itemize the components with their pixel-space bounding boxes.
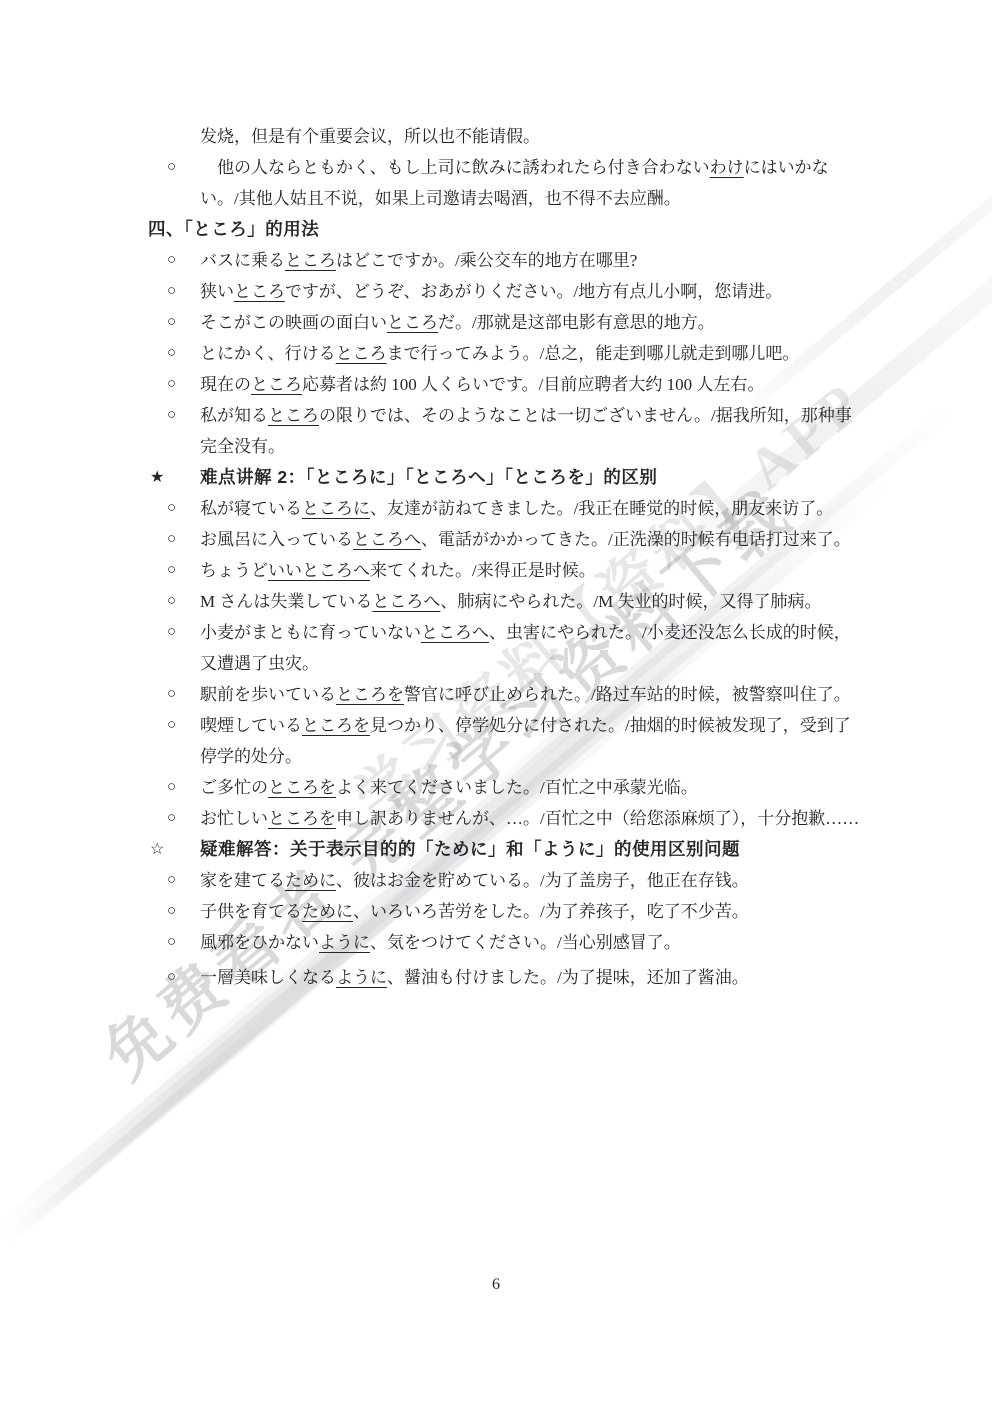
list-item: ○小麦がまともに育っていないところへ、虫害にやられた。/小麦还没怎么长成的时候，…: [148, 617, 860, 679]
sentence-text: 子供を育てるために、いろいろ苦労をした。/为了养孩子，吃了不少苦。: [200, 896, 860, 927]
circle-bullet-icon: ○: [148, 152, 200, 214]
circle-bullet-icon: ○: [148, 865, 200, 896]
sentence-text: 現在のところ応募者は約 100 人くらいです。/目前应聘者大约 100 人左右。: [200, 369, 860, 400]
underlined-grammar-point: ように: [319, 933, 370, 952]
text-segment: 一層美味しくなる: [200, 968, 336, 987]
text-segment: バスに乗る: [200, 251, 285, 270]
circle-bullet-icon: ○: [148, 772, 200, 803]
text-segment: はどこですか。/乘公交车的地方在哪里?: [336, 251, 637, 270]
text-segment: 風邪をひかない: [200, 933, 319, 952]
text-segment: ですが、どうぞ、おあがりください。/地方有点儿小啊，您请进。: [285, 282, 782, 301]
page-number: 6: [0, 1276, 992, 1294]
underlined-grammar-point: ために: [285, 871, 336, 890]
text-segment: 、電話がかかってきた。/正洗澡的时候有电话打过来了。: [421, 530, 851, 549]
list-item: ○お忙しいところを申し訳ありませんが、…。/百忙之中（给您添麻烦了），十分抱歉……: [148, 803, 860, 834]
marker-spacer: [148, 121, 200, 152]
sentence-text: 駅前を歩いているところを警官に呼び止められた。/路过车站的时候，被警察叫住了。: [200, 679, 860, 710]
sentence-text: 发烧，但是有个重要会议，所以也不能请假。: [200, 121, 860, 152]
circle-bullet-icon: ○: [148, 710, 200, 772]
subsection-title: 难点讲解 2：「ところに」「ところへ」「ところを」的区别: [200, 462, 860, 493]
underlined-grammar-point: ところ: [387, 313, 438, 332]
underlined-grammar-point: ところを: [336, 685, 404, 704]
text-segment: 、彼はお金を貯めている。/为了盖房子，他正在存钱。: [336, 871, 749, 890]
circle-bullet-icon: ○: [148, 369, 200, 400]
text-segment: 私が寝ている: [200, 499, 302, 518]
underlined-grammar-point: ところへ: [372, 592, 440, 611]
underlined-grammar-point: ところ: [251, 375, 302, 394]
underlined-grammar-point: ところを: [268, 778, 336, 797]
underlined-grammar-point: ところ: [336, 344, 387, 363]
section-heading: 四、「ところ」的用法: [148, 214, 860, 245]
sentence-text: とにかく、行けるところまで行ってみよう。/总之，能走到哪儿就走到哪儿吧。: [200, 338, 860, 369]
list-item: ○喫煙しているところを見つかり、停学処分に付された。/抽烟的时候被发现了，受到了…: [148, 710, 860, 772]
circle-bullet-icon: ○: [148, 276, 200, 307]
underlined-grammar-point: ところへ: [421, 623, 489, 642]
text-segment: 応募者は約 100 人くらいです。/目前应聘者大约 100 人左右。: [302, 375, 764, 394]
circle-bullet-icon: ○: [148, 245, 200, 276]
list-item: ○ちょうどいいところへ来てくれた。/来得正是时候。: [148, 555, 860, 586]
sentence-text: 家を建てるために、彼はお金を貯めている。/为了盖房子，他正在存钱。: [200, 865, 860, 896]
list-item: ○家を建てるために、彼はお金を貯めている。/为了盖房子，他正在存钱。: [148, 865, 860, 896]
circle-bullet-icon: ○: [148, 400, 200, 462]
underlined-grammar-point: ところを: [268, 809, 336, 828]
underlined-grammar-point: ところ: [285, 251, 336, 270]
text-segment: 私が知る: [200, 406, 268, 425]
list-item: ○私が寝ているところに、友達が訪ねてきました。/我正在睡觉的时候，朋友来访了。: [148, 493, 860, 524]
list-item: ○駅前を歩いているところを警官に呼び止められた。/路过车站的时候，被警察叫住了。: [148, 679, 860, 710]
text-segment: お風呂に入っている: [200, 530, 353, 549]
list-item: ○とにかく、行けるところまで行ってみよう。/总之，能走到哪儿就走到哪儿吧。: [148, 338, 860, 369]
list-item: ○お風呂に入っているところへ、電話がかかってきた。/正洗澡的时候有电话打过来了。: [148, 524, 860, 555]
text-segment: よく来てくださいました。/百忙之中承蒙光临。: [336, 778, 698, 797]
text-segment: 現在の: [200, 375, 251, 394]
underlined-grammar-point: わけ: [710, 158, 744, 177]
star-icon: ☆: [148, 834, 200, 865]
subsection-heading: ☆疑难解答：关于表示目的的「ために」和「ように」的使用区别问题: [148, 834, 860, 865]
underlined-grammar-point: ところに: [302, 499, 370, 518]
text-segment: 难点讲解 2：「ところに」「ところへ」「ところを」的区别: [200, 467, 657, 487]
text-segment: 駅前を歩いている: [200, 685, 336, 704]
text-segment: 、醤油も付けました。/为了提味，还加了酱油。: [387, 968, 749, 987]
text-segment: だ。/那就是这部电影有意思的地方。: [438, 313, 715, 332]
sentence-text: お風呂に入っているところへ、電話がかかってきた。/正洗澡的时候有电话打过来了。: [200, 524, 860, 555]
list-item: ○風邪をひかないように、気をつけてください。/当心别感冒了。: [148, 927, 860, 958]
circle-bullet-icon: ○: [148, 338, 200, 369]
circle-bullet-icon: ○: [148, 927, 200, 958]
sentence-text: M さんは失業しているところへ、肺病にやられた。/M 失业的时候，又得了肺病。: [200, 586, 860, 617]
sentence-text: バスに乗るところはどこですか。/乘公交车的地方在哪里?: [200, 245, 860, 276]
circle-bullet-icon: ○: [148, 586, 200, 617]
underlined-grammar-point: ように: [336, 968, 387, 987]
list-item: ○子供を育てるために、いろいろ苦労をした。/为了养孩子，吃了不少苦。: [148, 896, 860, 927]
circle-bullet-icon: ○: [148, 617, 200, 679]
sentence-text: ご多忙のところをよく来てくださいました。/百忙之中承蒙光临。: [200, 772, 860, 803]
circle-bullet-icon: ○: [148, 803, 200, 834]
list-item: ○M さんは失業しているところへ、肺病にやられた。/M 失业的时候，又得了肺病。: [148, 586, 860, 617]
list-item: ○私が知るところの限りでは、そのようなことは一切ございません。/据我所知，那种事…: [148, 400, 860, 462]
underlined-grammar-point: ところ: [234, 282, 285, 301]
circle-bullet-icon: ○: [148, 524, 200, 555]
text-segment: そこがこの映画の面白い: [200, 313, 387, 332]
document-page: 免费看者 完整学习资料下载 学习资料【资料】APP 发烧，但是有个重要会议，所以…: [0, 0, 992, 1403]
text-segment: 喫煙している: [200, 716, 302, 735]
sentence-text: 私が知るところの限りでは、そのようなことは一切ございません。/据我所知，那种事完…: [200, 400, 860, 462]
text-segment: 发烧，但是有个重要会议，所以也不能请假。: [200, 127, 540, 146]
text-segment: M さんは失業している: [200, 592, 372, 611]
subsection-heading: ★难点讲解 2：「ところに」「ところへ」「ところを」的区别: [148, 462, 860, 493]
text-segment: 他の人ならともかく、もし上司に飲みに誘われたら付き合わない: [217, 158, 710, 177]
list-item: ○現在のところ応募者は約 100 人くらいです。/目前应聘者大约 100 人左右…: [148, 369, 860, 400]
circle-bullet-icon: ○: [148, 493, 200, 524]
list-item: ○一層美味しくなるように、醤油も付けました。/为了提味，还加了酱油。: [148, 962, 860, 993]
text-segment: とにかく、行ける: [200, 344, 336, 363]
sentence-text: 小麦がまともに育っていないところへ、虫害にやられた。/小麦还没怎么长成的时候，又…: [200, 617, 860, 679]
circle-bullet-icon: ○: [148, 555, 200, 586]
circle-bullet-icon: ○: [148, 896, 200, 927]
sentence-text: 一層美味しくなるように、醤油も付けました。/为了提味，还加了酱油。: [200, 962, 860, 993]
sentence-text: 風邪をひかないように、気をつけてください。/当心别感冒了。: [200, 927, 860, 958]
continuation-line: 发烧，但是有个重要会议，所以也不能请假。: [148, 121, 860, 152]
list-item: ○狭いところですが、どうぞ、おあがりください。/地方有点儿小啊，您请进。: [148, 276, 860, 307]
sentence-text: 私が寝ているところに、友達が訪ねてきました。/我正在睡觉的时候，朋友来访了。: [200, 493, 860, 524]
text-segment: 小麦がまともに育っていない: [200, 623, 421, 642]
sentence-text: ちょうどいいところへ来てくれた。/来得正是时候。: [200, 555, 860, 586]
underlined-grammar-point: ために: [302, 902, 353, 921]
text-segment: 、友達が訪ねてきました。/我正在睡觉的时候，朋友来访了。: [370, 499, 833, 518]
text-segment: お忙しい: [200, 809, 268, 828]
list-item: ○ご多忙のところをよく来てくださいました。/百忙之中承蒙光临。: [148, 772, 860, 803]
subsection-title: 疑难解答：关于表示目的的「ために」和「ように」的使用区别问题: [200, 834, 860, 865]
list-item: ○他の人ならともかく、もし上司に飲みに誘われたら付き合わないわけにはいかない。/…: [148, 152, 860, 214]
sentence-text: そこがこの映画の面白いところだ。/那就是这部电影有意思的地方。: [200, 307, 860, 338]
circle-bullet-icon: ○: [148, 307, 200, 338]
text-segment: まで行ってみよう。/总之，能走到哪儿就走到哪儿吧。: [387, 344, 800, 363]
underlined-grammar-point: ところ: [268, 406, 319, 425]
text-segment: 警官に呼び止められた。/路过车站的时候，被警察叫住了。: [404, 685, 851, 704]
underlined-grammar-point: ところへ: [353, 530, 421, 549]
page-content: 发烧，但是有个重要会议，所以也不能请假。○他の人ならともかく、もし上司に飲みに誘…: [148, 121, 860, 993]
list-item: ○バスに乗るところはどこですか。/乘公交车的地方在哪里?: [148, 245, 860, 276]
text-segment: 子供を育てる: [200, 902, 302, 921]
underlined-grammar-point: ところを: [302, 716, 370, 735]
brush-streak: [9, 1000, 291, 1239]
section-heading-text: 四、「ところ」的用法: [148, 219, 319, 239]
sentence-text: 喫煙しているところを見つかり、停学処分に付された。/抽烟的时候被发现了，受到了停…: [200, 710, 860, 772]
text-segment: 狭い: [200, 282, 234, 301]
underlined-grammar-point: いいところへ: [268, 561, 370, 580]
text-segment: 、肺病にやられた。/M 失业的时候，又得了肺病。: [440, 592, 821, 611]
text-segment: 疑难解答：关于表示目的的「ために」和「ように」的使用区别问题: [200, 839, 740, 859]
star-icon: ★: [148, 462, 200, 493]
text-segment: 家を建てる: [200, 871, 285, 890]
list-item: ○そこがこの映画の面白いところだ。/那就是这部电影有意思的地方。: [148, 307, 860, 338]
text-segment: 申し訳ありませんが、…。/百忙之中（给您添麻烦了），十分抱歉……: [336, 809, 859, 828]
circle-bullet-icon: ○: [148, 962, 200, 993]
text-segment: 来てくれた。/来得正是时候。: [370, 561, 596, 580]
sentence-text: 他の人ならともかく、もし上司に飲みに誘われたら付き合わないわけにはいかない。/其…: [200, 152, 860, 214]
circle-bullet-icon: ○: [148, 679, 200, 710]
sentence-text: お忙しいところを申し訳ありませんが、…。/百忙之中（给您添麻烦了），十分抱歉……: [200, 803, 860, 834]
text-segment: ちょうど: [200, 561, 268, 580]
text-segment: ご多忙の: [200, 778, 268, 797]
text-segment: 、いろいろ苦労をした。/为了养孩子，吃了不少苦。: [353, 902, 749, 921]
text-segment: 、気をつけてください。/当心别感冒了。: [370, 933, 681, 952]
sentence-text: 狭いところですが、どうぞ、おあがりください。/地方有点儿小啊，您请进。: [200, 276, 860, 307]
